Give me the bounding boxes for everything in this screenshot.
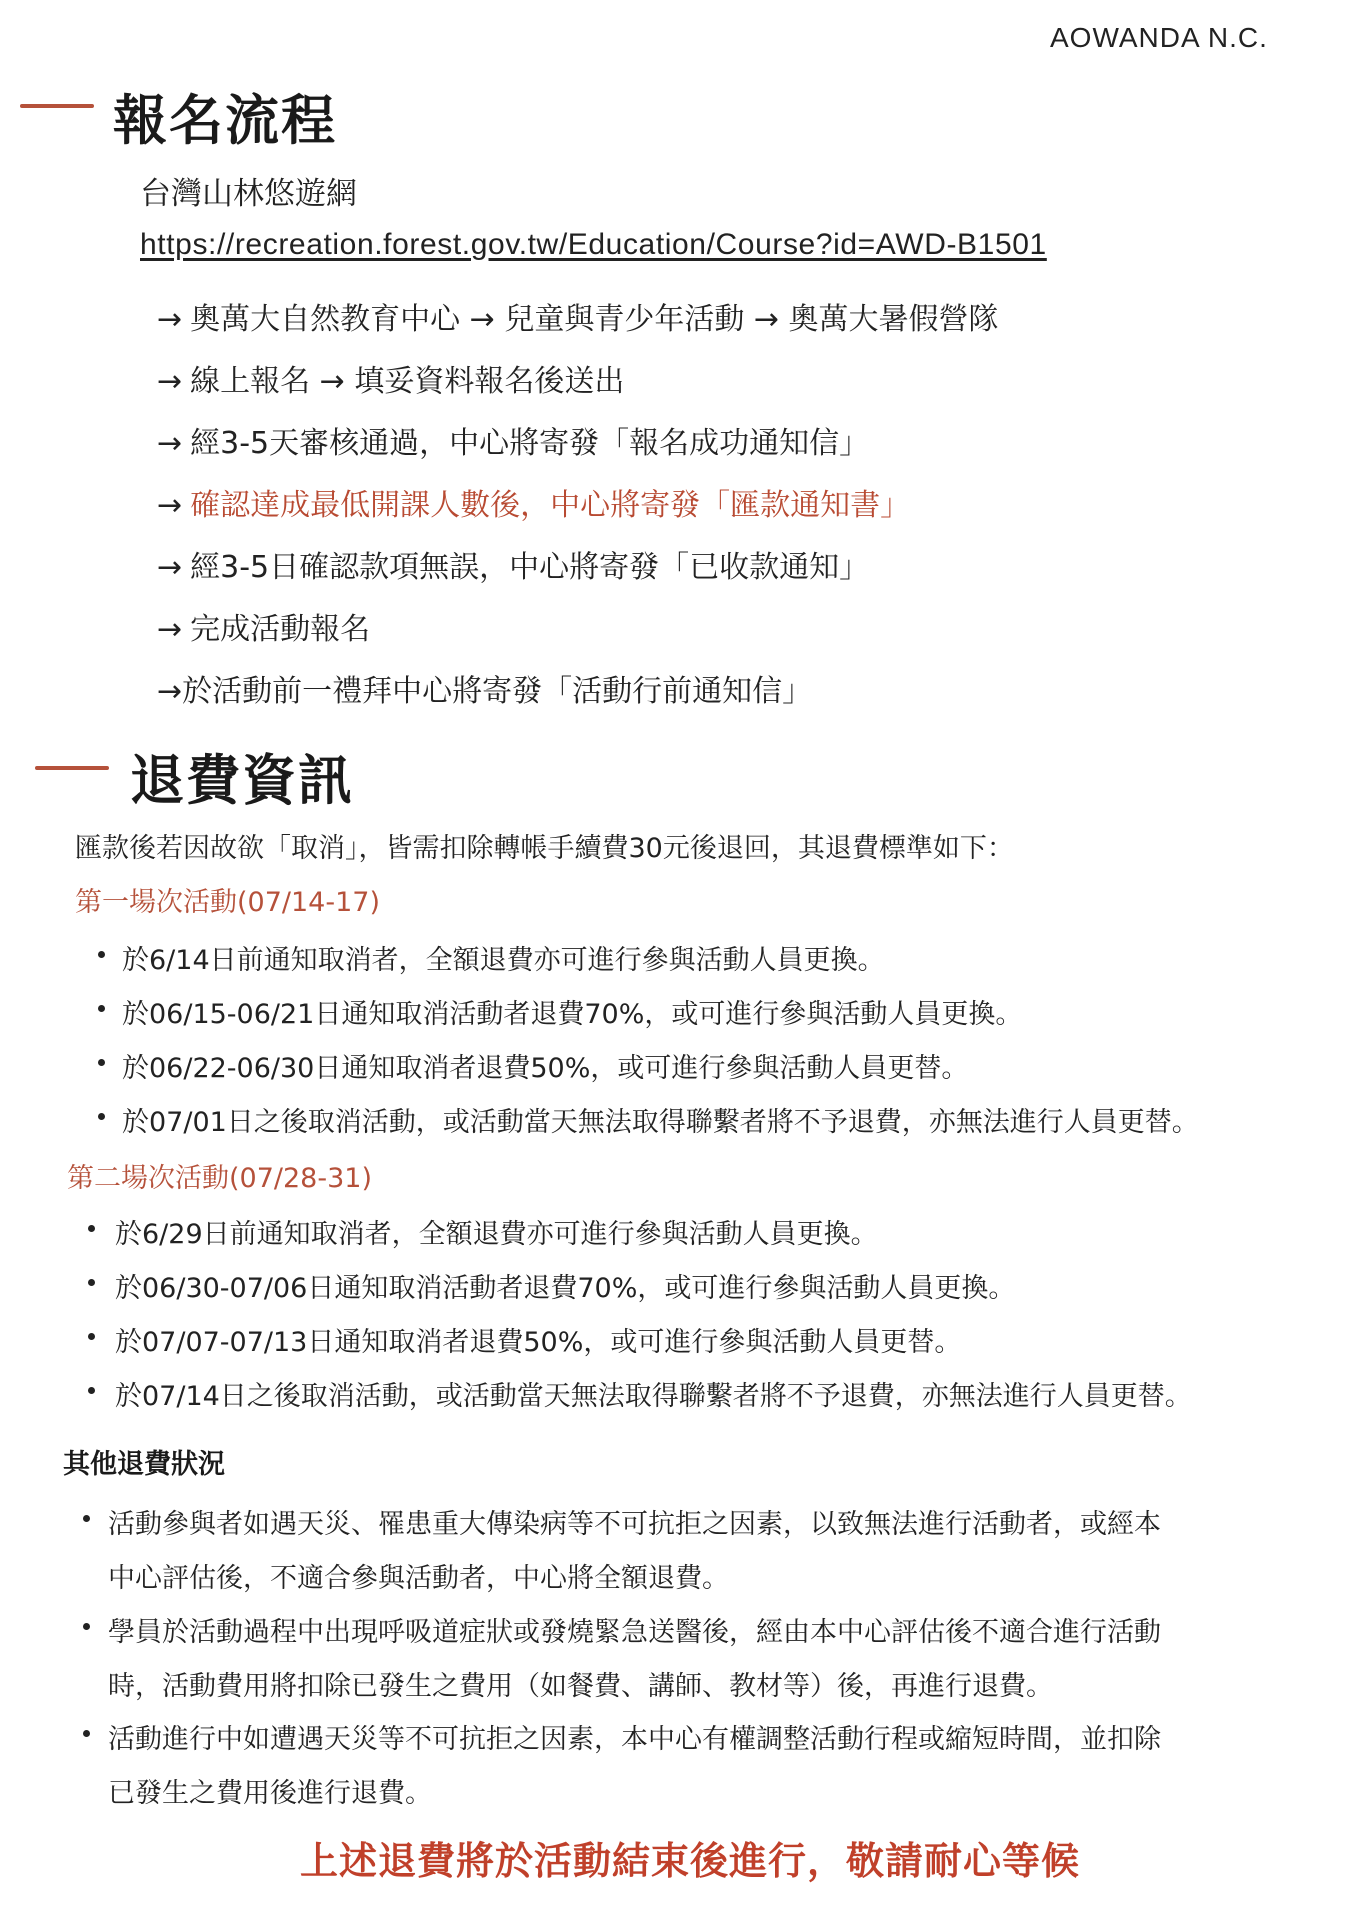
arrow-right-icon: → <box>157 488 182 523</box>
arrow-right-icon: → <box>157 426 182 461</box>
step-text: 經3-5天審核通過，中心將寄發「報名成功通知信」 <box>190 426 869 461</box>
step-5: →經3-5日確認款項無誤，中心將寄發「已收款通知」 <box>157 542 869 586</box>
list-item-text: 活動參與者如遇天災、罹患重大傳染病等不可抗拒之因素，以致無法進行活動者，或經本 <box>108 1502 1161 1541</box>
bullet-icon <box>88 1279 95 1286</box>
refund-footer-note: 上述退費將於活動結束後進行，敬請耐心等候 <box>300 1830 1080 1885</box>
list-item-text-continued: 時，活動費用將扣除已發生之費用（如餐費、講師、教材等）後，再進行退費。 <box>108 1664 1053 1703</box>
session-1-heading: 第一場次活動(07/14-17) <box>75 880 380 919</box>
list-item-text: 於07/14日之後取消活動，或活動當天無法取得聯繫者將不予退費，亦無法進行人員更… <box>115 1374 1192 1413</box>
step-3: →經3-5天審核通過，中心將寄發「報名成功通知信」 <box>157 418 869 462</box>
step-6: →完成活動報名 <box>157 604 370 648</box>
step-7: →於活動前一禮拜中心將寄發「活動行前通知信」 <box>157 666 812 710</box>
list-item-text: 於06/22-06/30日通知取消者退費50%，或可進行參與活動人員更替。 <box>122 1046 968 1085</box>
list-item-text: 學員於活動過程中出現呼吸道症狀或發燒緊急送醫後，經由本中心評估後不適合進行活動 <box>108 1610 1161 1649</box>
bullet-icon <box>98 1059 105 1066</box>
list-item-text: 活動進行中如遭遇天災等不可抗拒之因素，本中心有權調整活動行程或縮短時間，並扣除 <box>108 1717 1161 1756</box>
bullet-icon <box>83 1730 90 1737</box>
session-2-heading: 第二場次活動(07/28-31) <box>67 1156 372 1195</box>
arrow-right-icon: → <box>157 612 182 647</box>
section-title-registration: 報名流程 <box>113 78 337 155</box>
list-item-text: 於6/14日前通知取消者，全額退費亦可進行參與活動人員更換。 <box>122 938 885 977</box>
section-divider-icon <box>20 104 94 108</box>
arrow-right-icon: → <box>157 550 182 585</box>
step-text: 確認達成最低開課人數後，中心將寄發「匯款通知書」 <box>190 488 910 523</box>
bullet-icon <box>83 1623 90 1630</box>
section-divider-icon <box>35 766 109 770</box>
list-item-text: 於6/29日前通知取消者，全額退費亦可進行參與活動人員更換。 <box>115 1212 878 1251</box>
registration-link[interactable]: https://recreation.forest.gov.tw/Educati… <box>140 228 1047 262</box>
step-1: →奧萬大自然教育中心 → 兒童與青少年活動 → 奧萬大暑假營隊 <box>157 294 999 338</box>
list-item-text: 於06/30-07/06日通知取消活動者退費70%，或可進行參與活動人員更換。 <box>115 1266 1015 1305</box>
step-text: 線上報名 → 填妥資料報名後送出 <box>190 364 624 399</box>
bullet-icon <box>83 1515 90 1522</box>
list-item-text-continued: 已發生之費用後進行退費。 <box>108 1771 432 1810</box>
step-text: 經3-5日確認款項無誤，中心將寄發「已收款通知」 <box>190 550 869 585</box>
brand-label: AOWANDA N.C. <box>1050 22 1268 54</box>
arrow-right-icon: → <box>157 302 182 337</box>
arrow-right-icon: → <box>157 364 182 399</box>
step-2: →線上報名 → 填妥資料報名後送出 <box>157 356 624 400</box>
bullet-icon <box>88 1387 95 1394</box>
step-text: 完成活動報名 <box>190 612 370 647</box>
bullet-icon <box>88 1225 95 1232</box>
refund-intro: 匯款後若因故欲「取消」，皆需扣除轉帳手續費30元後退回，其退費標準如下： <box>75 826 1014 865</box>
step-text: 於活動前一禮拜中心將寄發「活動行前通知信」 <box>182 674 812 709</box>
section-title-refund: 退費資訊 <box>130 738 354 815</box>
site-name: 台灣山林悠遊網 <box>140 168 357 213</box>
other-refund-heading: 其他退費狀況 <box>63 1442 225 1481</box>
list-item-text: 於06/15-06/21日通知取消活動者退費70%，或可進行參與活動人員更換。 <box>122 992 1022 1031</box>
bullet-icon <box>88 1333 95 1340</box>
step-text: 奧萬大自然教育中心 → 兒童與青少年活動 → 奧萬大暑假營隊 <box>190 302 998 337</box>
arrow-right-icon: → <box>157 674 182 709</box>
step-4-highlight: →確認達成最低開課人數後，中心將寄發「匯款通知書」 <box>157 480 910 524</box>
list-item-text: 於07/01日之後取消活動，或活動當天無法取得聯繫者將不予退費，亦無法進行人員更… <box>122 1100 1199 1139</box>
bullet-icon <box>98 1005 105 1012</box>
bullet-icon <box>98 951 105 958</box>
list-item-text: 於07/07-07/13日通知取消者退費50%，或可進行參與活動人員更替。 <box>115 1320 961 1359</box>
bullet-icon <box>98 1113 105 1120</box>
list-item-text-continued: 中心評估後，不適合參與活動者，中心將全額退費。 <box>108 1556 729 1595</box>
